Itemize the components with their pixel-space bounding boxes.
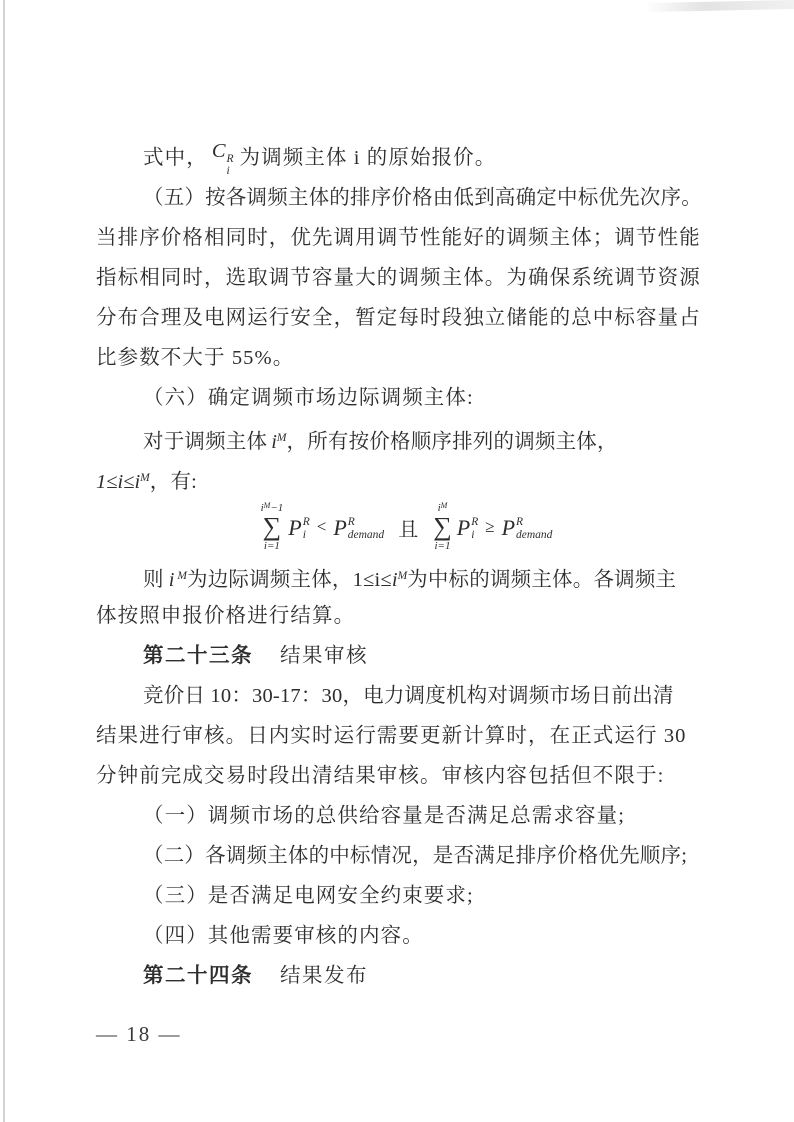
body-line: 结果进行审核。日内实时运行需要更新计算时，在正式运行 30: [96, 716, 716, 756]
body-line: 分钟前完成交易时段出清结果审核。审核内容包括但不限于:: [96, 756, 716, 796]
marginal-subject-intro: 对于调频主体iM，所有按价格顺序排列的调频主体，: [96, 418, 716, 458]
text-run: 则: [143, 569, 164, 591]
sigma-icon: ∑: [433, 514, 452, 541]
article-number: 第二十三条: [143, 645, 253, 667]
text-run: 式中，: [143, 147, 208, 169]
review-item-2: （二）各调频主体的中标情况，是否满足排序价格优先顺序;: [96, 836, 716, 876]
sum-lower-limit: i=1: [264, 541, 280, 552]
clause-5-line: （五）按各调频主体的排序价格由低到高确定中标优先次序。: [96, 178, 716, 218]
review-item-4: （四）其他需要审核的内容。: [96, 916, 716, 956]
text-run: 为调频主体 i 的原始报价。: [240, 147, 497, 169]
article-number: 第二十四条: [143, 965, 253, 987]
greater-equal-sign: ≥: [485, 517, 494, 537]
text-run: 为中标的调频主体。各调频主: [407, 569, 676, 591]
math-sup-M: M: [177, 570, 187, 582]
math-sup-M: M: [277, 432, 287, 444]
body-line: 比参数不大于 55%。: [96, 338, 716, 378]
clearing-condition-formula: iM−1 ∑ i=1 P Ri < P Rdemand 且 iM ∑ i=1 P…: [96, 498, 716, 556]
sum-lower-limit: i=1: [434, 541, 450, 552]
math-sup-M: M: [398, 570, 408, 582]
article-title: 结果发布: [280, 965, 368, 987]
page-number: — 18 —: [96, 1022, 182, 1047]
scan-corner-smudge: [644, 0, 794, 12]
math-sub-i: i: [227, 165, 230, 177]
clause-6-line: （六）确定调频市场边际调频主体:: [96, 378, 716, 418]
math-range: 1≤i≤: [96, 471, 134, 493]
sigma-icon: ∑: [263, 514, 282, 541]
document-body: 式中，CRi为调频主体 i 的原始报价。 （五）按各调频主体的排序价格由低到高确…: [96, 138, 716, 996]
math-C-i-R: CRi: [212, 131, 234, 177]
body-line: 指标相同时，选取调节容量大的调频主体。为确保系统调节资源: [96, 258, 716, 298]
article-title: 结果审核: [280, 645, 368, 667]
formula-variable-note: 式中，CRi为调频主体 i 的原始报价。: [96, 138, 716, 178]
math-base-C: C: [212, 140, 226, 162]
math-i: i: [169, 569, 175, 591]
math-sup-M: M: [140, 472, 150, 484]
review-item-3: （三）是否满足电网安全约束要求;: [96, 876, 716, 916]
article-24-heading: 第二十四条结果发布: [96, 956, 716, 996]
term-P-demand-R: P Rdemand: [502, 513, 553, 540]
term-P-i-R: P Ri: [457, 513, 478, 540]
text-run: ，所有按价格顺序排列的调频主体，: [287, 431, 618, 453]
summation-1: iM−1 ∑ i=1: [261, 502, 284, 552]
body-line: 竞价日 10：30-17：30，电力调度机构对调频市场日前出清: [96, 676, 716, 716]
text-run: 为边际调频主体，1≤i≤: [187, 569, 392, 591]
body-line: 当排序价格相同时，优先调用调节性能好的调频主体；调节性能: [96, 218, 716, 258]
term-P-i-R: P Ri: [288, 513, 309, 540]
scan-edge-line: [3, 0, 5, 1122]
math-sup-R: R: [227, 153, 234, 165]
term-P-demand-R: P Rdemand: [333, 513, 384, 540]
scanned-document-page: 式中，CRi为调频主体 i 的原始报价。 （五）按各调频主体的排序价格由低到高确…: [0, 0, 794, 1122]
range-condition-line: 1≤i≤iM，有:: [96, 458, 716, 498]
marginal-subject-conclusion: 则iM为边际调频主体，1≤i≤iM为中标的调频主体。各调频主: [96, 556, 716, 596]
body-line: 体按照申报价格进行结算。: [96, 596, 716, 636]
text-run: ，有:: [150, 471, 197, 493]
review-item-1: （一）调频市场的总供给容量是否满足总需求容量;: [96, 796, 716, 836]
summation-2: iM ∑ i=1: [433, 502, 452, 552]
text-run: 对于调频主体: [143, 431, 267, 453]
conjunction-and: 且: [398, 513, 418, 542]
less-than-sign: <: [317, 517, 327, 537]
body-line: 分布合理及电网运行安全，暂定每时段独立储能的总中标容量占: [96, 298, 716, 338]
article-23-heading: 第二十三条结果审核: [96, 636, 716, 676]
